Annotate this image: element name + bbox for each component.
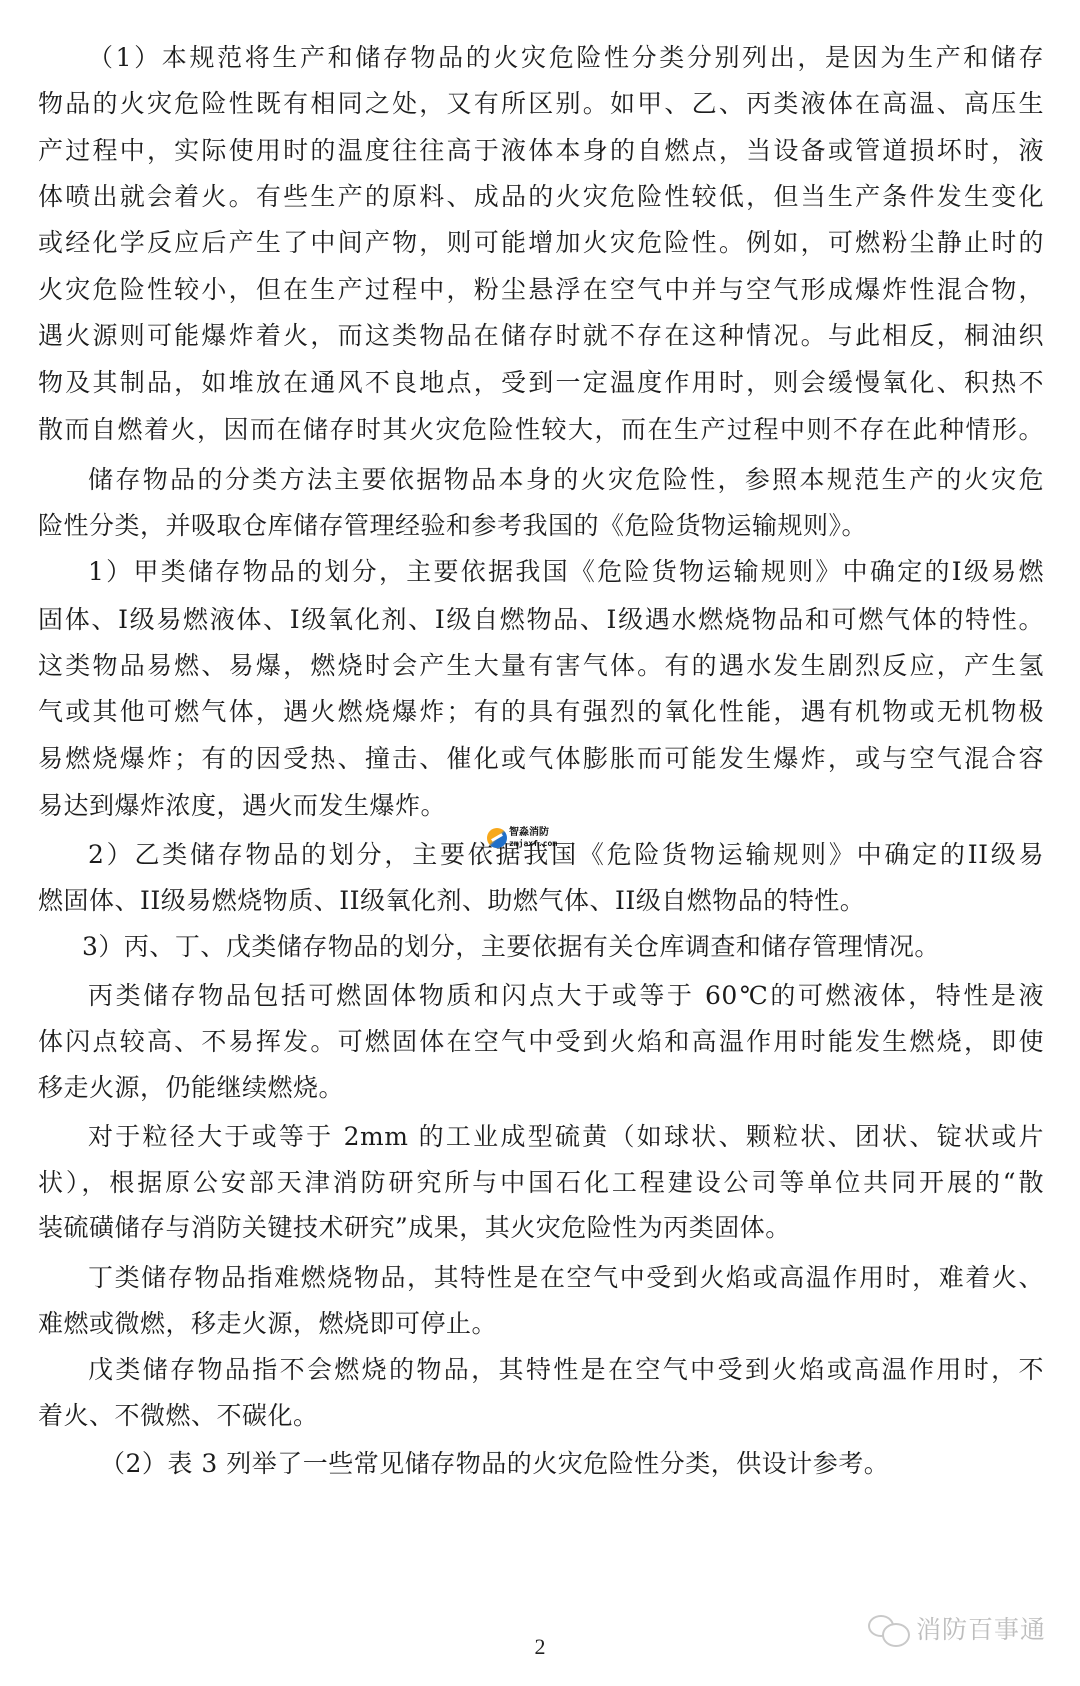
text-line: 体喷出就会着火。有些生产的原料、成品的火灾危险性较低，但当生产条件发生变化 [38,177,1044,217]
text-line: 遇火源则可能爆炸着火，而这类物品在储存时就不存在这种情况。与此相反，桐油织 [38,316,1044,356]
text-line: 3）丙、丁、戊类储存物品的划分，主要依据有关仓库调查和储存管理情况。 [82,927,1044,967]
text-line: 火灾危险性较小，但在生产过程中，粉尘悬浮在空气中并与空气形成爆炸性混合物， [38,270,1044,310]
text-line: 或经化学反应后产生了中间产物，则可能增加火灾危险性。例如，可燃粉尘静止时的 [38,223,1044,263]
text-line: 这类物品易燃、易爆，燃烧时会产生大量有害气体。有的遇水发生剧烈反应，产生氢 [38,646,1044,686]
text-line: 着火、不微燃、不碳化。 [38,1396,1044,1436]
text-line: 固体、I级易燃液体、I级氧化剂、I级自燃物品、I级遇水燃烧物品和可燃气体的特性。 [38,600,1044,640]
text-line: 散而自燃着火，因而在储存时其火灾危险性较大，而在生产过程中则不存在此种情形。 [38,410,1044,450]
text-line: 1）甲类储存物品的划分，主要依据我国《危险货物运输规则》中确定的I级易燃 [88,552,1044,592]
text-line: 2）乙类储存物品的划分，主要依据我国《危险货物运输规则》中确定的II级易 [88,835,1044,875]
text-line: 体闪点较高、不易挥发。可燃固体在空气中受到火焰和高温作用时能发生燃烧，即使 [38,1022,1044,1062]
text-line: 难燃或微燃，移走火源，燃烧即可停止。 [38,1304,1044,1344]
text-line: 燃固体、II级易燃烧物质、II级氧化剂、助燃气体、II级自燃物品的特性。 [38,881,1044,921]
text-line: （1）本规范将生产和储存物品的火灾危险性分类分别列出，是因为生产和储存 [88,38,1044,78]
logo-name: 智淼消防 [509,827,557,838]
site-logo-watermark: 智淼消防 zmjaxf.com [487,827,557,849]
text-line: 储存物品的分类方法主要依据物品本身的火灾危险性，参照本规范生产的火灾危 [88,460,1044,500]
text-line: 丙类储存物品包括可燃固体物质和闪点大于或等于 60℃的可燃液体，特性是液 [88,976,1044,1016]
text-line: 产过程中，实际使用时的温度往往高于液体本身的自燃点，当设备或管道损坏时，液 [38,131,1044,171]
text-line: 易燃烧爆炸；有的因受热、撞击、催化或气体膨胀而可能发生爆炸，或与空气混合容 [38,739,1044,779]
text-line: 物及其制品，如堆放在通风不良地点，受到一定温度作用时，则会缓慢氧化、积热不 [38,363,1044,403]
logo-icon [487,828,507,848]
logo-text: 智淼消防 zmjaxf.com [509,827,557,849]
text-line: 移走火源，仍能继续燃烧。 [38,1068,1044,1108]
page-number: 2 [0,1634,1080,1660]
text-line: 装硫磺储存与消防关键技术研究”成果，其火灾危险性为丙类固体。 [38,1208,1044,1248]
logo-url: zmjaxf.com [509,838,557,849]
text-line: 易达到爆炸浓度，遇火而发生爆炸。 [38,786,1044,826]
text-line: 气或其他可燃气体，遇火燃烧爆炸；有的具有强烈的氧化性能，遇有机物或无机物极 [38,692,1044,732]
text-line: 戊类储存物品指不会燃烧的物品，其特性是在空气中受到火焰或高温作用时，不 [88,1350,1044,1390]
document-page: （1）本规范将生产和储存物品的火灾危险性分类分别列出，是因为生产和储存物品的火灾… [0,0,1080,1686]
text-line: 丁类储存物品指难燃烧物品，其特性是在空气中受到火焰或高温作用时，难着火、 [88,1258,1044,1298]
text-line: 对于粒径大于或等于 2mm 的工业成型硫黄（如球状、颗粒状、团状、锭状或片 [88,1117,1044,1157]
text-line: （2）表 3 列举了一些常见储存物品的火灾危险性分类，供设计参考。 [100,1444,1044,1484]
text-line: 险性分类，并吸取仓库储存管理经验和参考我国的《危险货物运输规则》。 [38,506,1044,546]
text-line: 状），根据原公安部天津消防研究所与中国石化工程建设公司等单位共同开展的“散 [38,1163,1044,1203]
text-line: 物品的火灾危险性既有相同之处，又有所区别。如甲、乙、丙类液体在高温、高压生 [38,84,1044,124]
